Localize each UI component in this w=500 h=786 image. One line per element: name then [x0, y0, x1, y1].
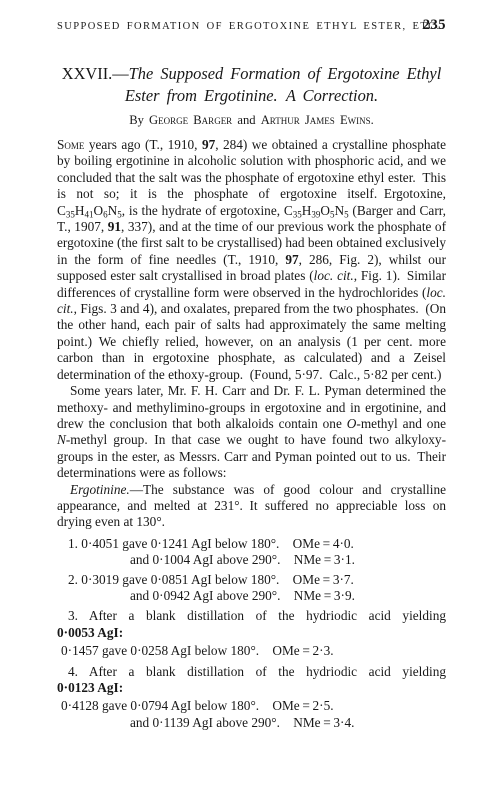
- determination-1-line-1: 1. 0·4051 gave 0·1241 AgI below 180°. OM…: [68, 536, 446, 552]
- determination-2-line-1: 2. 0·3019 gave 0·0851 AgI below 180°. OM…: [68, 572, 446, 588]
- journal-page: SUPPOSED FORMATION OF ERGOTOXINE ETHYL E…: [0, 0, 500, 786]
- determination-4-agi: 0·0123 AgI:: [57, 680, 446, 696]
- article-title: XXVII.—The Supposed Formation of Ergotox…: [57, 63, 446, 106]
- determination-3-intro: 3. After a blank distillation of the hyd…: [57, 608, 446, 624]
- article-body: Some years ago (T., 1910, 97, 284) we ob…: [57, 137, 446, 731]
- determinations: 1. 0·4051 gave 0·1241 AgI below 180°. OM…: [57, 536, 446, 731]
- page-number: 235: [423, 17, 446, 34]
- page-header: SUPPOSED FORMATION OF ERGOTOXINE ETHYL E…: [57, 0, 446, 37]
- determination-4-result: 0·4128 gave 0·0794 AgI below 180°. OMe =…: [61, 698, 446, 714]
- determination-2-line-2: and 0·0942 AgI above 290°. NMe = 3·9.: [130, 588, 446, 604]
- determination-3-agi: 0·0053 AgI:: [57, 625, 446, 641]
- running-title: SUPPOSED FORMATION OF ERGOTOXINE ETHYL E…: [57, 21, 446, 32]
- determination-4-intro: 4. After a blank distillation of the hyd…: [57, 664, 446, 680]
- paragraph-ergotinine: Ergotinine.—The substance was of good co…: [57, 482, 446, 531]
- paragraph-carr-pyman: Some years later, Mr. F. H. Carr and Dr.…: [57, 383, 446, 481]
- determination-3-result: 0·1457 gave 0·0258 AgI below 180°. OMe =…: [61, 643, 446, 659]
- determination-1-line-2: and 0·1004 AgI above 290°. NMe = 3·1.: [130, 552, 446, 568]
- page-content: SUPPOSED FORMATION OF ERGOTOXINE ETHYL E…: [57, 0, 446, 731]
- determination-4-line-2: and 0·1139 AgI above 290°. NMe = 3·4.: [130, 715, 446, 731]
- paragraph-intro: Some years ago (T., 1910, 97, 284) we ob…: [57, 137, 446, 383]
- byline: By George Barger and Arthur James Ewins.: [57, 113, 446, 128]
